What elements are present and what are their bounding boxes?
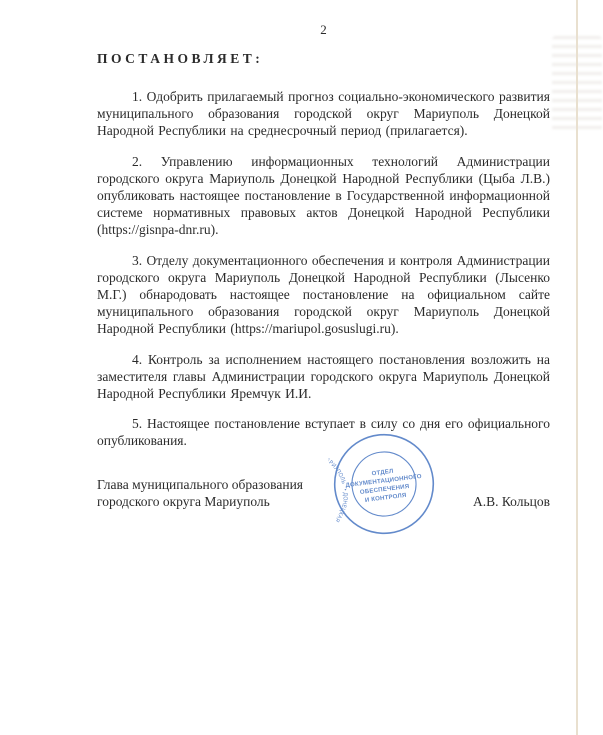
page-number: 2	[97, 22, 550, 37]
signatory-title-line1: Глава муниципального образования	[97, 476, 303, 493]
document-page: 2 ПОСТАНОВЛЯЕТ: 1. Одобрить прилагаемый …	[0, 0, 603, 735]
signatory-title-line2: городского округа Мариуполь	[97, 493, 303, 510]
signatory-title: Глава муниципального образования городск…	[97, 476, 303, 510]
decree-heading: ПОСТАНОВЛЯЕТ:	[97, 50, 550, 67]
official-stamp-seal: • ДОНЕЦКАЯ НАРОДНАЯ РЕСПУБЛИКА • АДМИНИС…	[326, 426, 442, 542]
paragraph-2: 2. Управлению информационных технологий …	[97, 153, 550, 239]
paragraph-4: 4. Контроль за исполнением настоящего по…	[97, 351, 550, 403]
paragraph-1: 1. Одобрить прилагаемый прогноз социальн…	[97, 88, 550, 140]
signatory-name: А.В. Кольцов	[473, 476, 550, 510]
document-content: 2 ПОСТАНОВЛЯЕТ: 1. Одобрить прилагаемый …	[97, 22, 550, 510]
paragraph-5: 5. Настоящее постановление вступает в си…	[97, 415, 550, 449]
signature-block: Глава муниципального образования городск…	[97, 476, 550, 510]
paragraph-3: 3. Отделу документационного обеспечения …	[97, 252, 550, 338]
scan-edge-line	[576, 0, 578, 735]
